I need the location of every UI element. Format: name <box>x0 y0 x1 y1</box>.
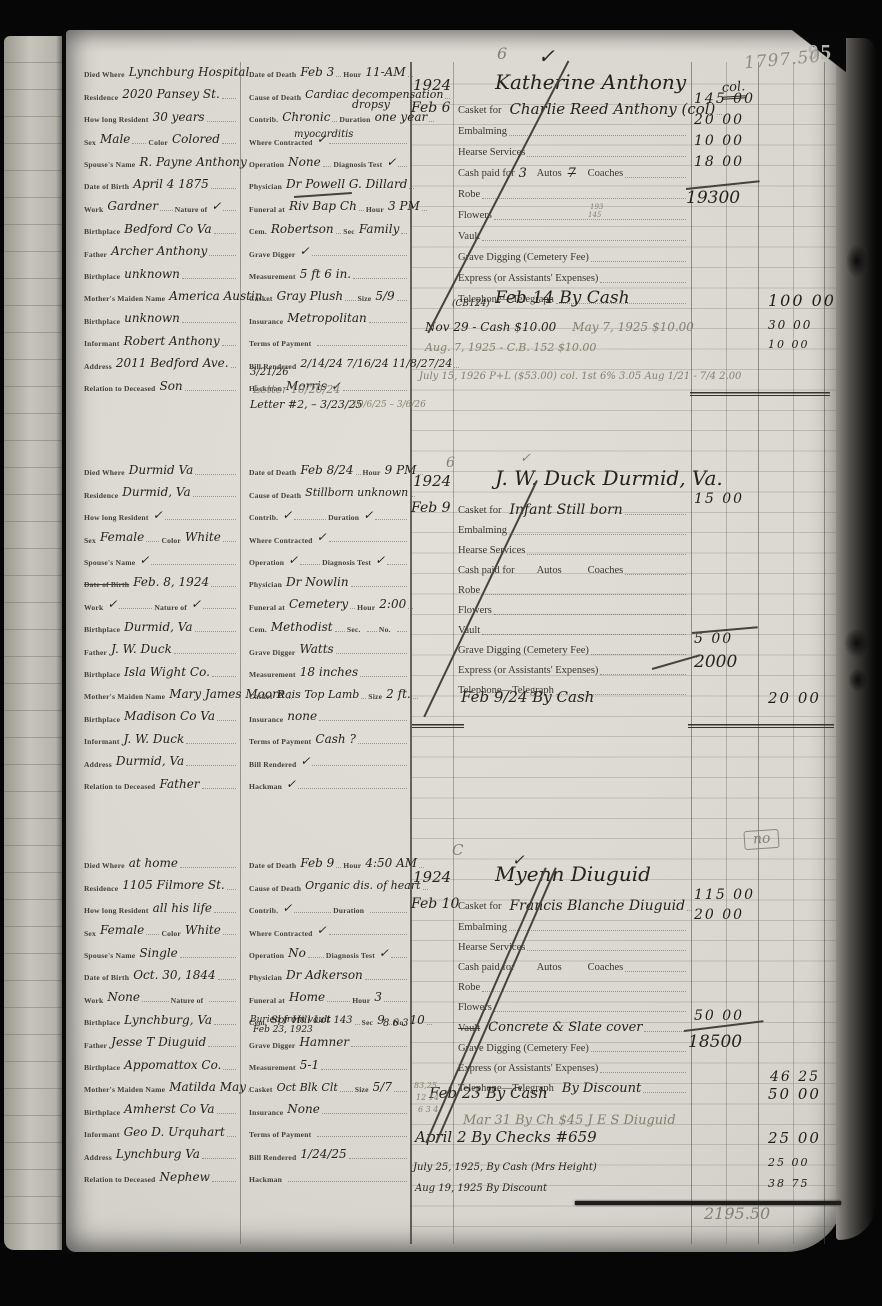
dotted-leader-line <box>222 97 236 99</box>
form-field-label: Date of Birth <box>84 581 129 589</box>
form-field-label: Cem. <box>249 228 267 236</box>
dotted-leader-line <box>329 142 407 144</box>
form-field-value: ✓ <box>386 156 396 168</box>
form-field-label: Size <box>368 693 382 701</box>
ledger-item-label: Robe <box>458 585 480 597</box>
form-row: Measurement5-1 <box>249 1055 409 1072</box>
handwritten-annotation: 3/21/26 <box>250 368 289 378</box>
form-field-value: Durmid, Va <box>116 755 184 767</box>
form-field-label: Nature of <box>175 206 208 214</box>
form-field-label: Address <box>84 1154 112 1162</box>
dotted-leader-line <box>361 697 366 699</box>
form-field-value: Matilda May <box>169 1081 246 1093</box>
previous-page-sliver <box>4 36 62 1250</box>
dotted-leader-line <box>336 232 342 234</box>
dotted-leader-line <box>160 209 173 211</box>
form-field-value: 10 <box>410 1014 425 1026</box>
form-field-value: Feb 9 <box>300 857 334 869</box>
dotted-leader-line <box>165 518 236 520</box>
form-field-value: Organic dis. of heart <box>305 880 420 891</box>
dotted-leader-line <box>298 787 407 789</box>
form-row: Birthplaceunknown <box>84 308 238 325</box>
dotted-leader-line <box>394 1090 407 1092</box>
dotted-leader-line <box>527 155 686 157</box>
dotted-leader-line <box>509 929 686 931</box>
form-field-label: Color <box>161 930 181 938</box>
form-field-label: Died Where <box>84 469 125 477</box>
handwritten-annotation: 6 <box>446 456 455 470</box>
form-field-label: Sec. <box>347 626 361 634</box>
account-entry-date: Feb 10 <box>411 897 459 911</box>
form-field-value: None <box>288 156 321 168</box>
form-field-label: Operation <box>249 559 284 567</box>
form-field-label: Hour <box>357 604 375 612</box>
form-field-label: Grave Digger <box>249 1042 295 1050</box>
dotted-leader-line <box>327 1000 350 1002</box>
dotted-leader-line <box>591 653 686 655</box>
dotted-leader-line <box>214 1023 236 1025</box>
dotted-leader-line <box>336 75 341 77</box>
form-field-label: Hackman <box>249 783 282 791</box>
form-field-label: Color <box>148 139 168 147</box>
form-row: Funeral atCemeteryHour2:00 <box>249 594 409 611</box>
form-row: Measurement18 inches <box>249 662 409 679</box>
form-field-label: Size <box>358 295 372 303</box>
form-field-label: Sec <box>362 1019 374 1027</box>
form-row: Cause of DeathStillborn unknown <box>249 482 409 499</box>
form-field-value: White <box>185 924 221 936</box>
form-field-label: Sex <box>84 139 96 147</box>
dotted-leader-line <box>365 978 407 980</box>
form-field-label: Hour <box>343 862 361 870</box>
dotted-leader-line <box>370 911 407 913</box>
form-field-value: Durmid Va <box>129 464 194 476</box>
form-row: SexFemaleColorWhite <box>84 527 238 544</box>
form-field-label: Died Where <box>84 71 125 79</box>
coaches-label: Coaches <box>588 565 624 577</box>
form-row: Terms of Payment <box>249 1122 409 1139</box>
handwritten-annotation: 6 3 4 <box>418 1106 438 1114</box>
form-field-label: Died Where <box>84 862 125 870</box>
payment-entry: Aug. 7, 1925 - C.B. 152 $10.00 <box>425 338 596 356</box>
form-field-value: Male <box>100 133 130 145</box>
ledger-item-row: Vault <box>458 622 688 637</box>
form-field-value: Oct Blk Clt <box>277 1082 338 1093</box>
ledger-item-row: Casket forCharlie Reed Anthony (col) <box>458 102 688 117</box>
form-row: BirthplaceDurmid, Va <box>84 617 238 634</box>
form-field-value: ✓ <box>317 531 327 543</box>
ledger-item-row: Express (or Assistants' Expenses) <box>458 662 688 677</box>
form-field-value: Lynchburg Hospital <box>129 66 250 78</box>
dotted-leader-line <box>227 888 236 890</box>
form-field-value: Metropolitan <box>287 312 366 324</box>
form-field-label: Date of Death <box>249 862 296 870</box>
form-row: Terms of Payment <box>249 331 409 348</box>
dotted-leader-line <box>345 299 355 301</box>
dotted-leader-line <box>527 949 686 951</box>
form-row: Died WhereLynchburg Hospital <box>84 62 238 79</box>
form-field-label: Relation to Deceased <box>84 783 155 791</box>
form-field-value: Jesse T Diuguid <box>111 1036 206 1048</box>
handwritten-annotation: ✓ <box>538 46 555 66</box>
payment-amount: 50 00 <box>768 1085 821 1103</box>
form-field-label: Spouse's Name <box>84 559 135 567</box>
ledger-item-amount: 50 00 <box>694 1008 744 1024</box>
ledger-item-label: Casket for <box>458 505 501 517</box>
form-field-label: Operation <box>249 161 284 169</box>
autos-count: 3 <box>519 167 533 180</box>
ledger-item-label: Embalming <box>458 922 507 934</box>
payment-text: Aug. 7, 1925 - C.B. 152 $10.00 <box>425 341 596 354</box>
payment-amount: 38 75 <box>768 1177 810 1190</box>
form-row: Funeral atRiv Bap ChHour3 PM <box>249 196 409 213</box>
ledger-item-label: Express (or Assistants' Expenses) <box>458 1063 598 1075</box>
dotted-leader-line <box>351 1045 407 1047</box>
form-field-value: Chronic <box>282 111 330 123</box>
dotted-leader-line <box>367 630 377 632</box>
form-row: Residence1105 Filmore St. <box>84 875 238 892</box>
money-col-rule-5 <box>824 62 825 1244</box>
form-field-value: ✓ <box>139 554 149 566</box>
dotted-leader-line <box>186 764 236 766</box>
form-field-label: Residence <box>84 94 118 102</box>
ledger-item-label: Cash paid for <box>458 565 515 577</box>
form-field-value: Feb 3 <box>300 66 334 78</box>
dotted-leader-line <box>397 299 407 301</box>
form-field-label: Spouse's Name <box>84 161 135 169</box>
form-field-label: No. <box>379 626 391 634</box>
fore-edge-mark <box>848 668 868 692</box>
dotted-leader-line <box>527 553 686 555</box>
form-field-label: Nature of <box>171 997 204 1005</box>
form-field-value: Robertson <box>271 223 334 235</box>
form-field-value: Methodist <box>271 621 333 633</box>
handwritten-annotation: Feb 23, 1923 <box>253 1026 313 1035</box>
dotted-leader-line <box>482 633 686 635</box>
dotted-leader-line <box>591 260 686 262</box>
form-field-value: ✓ <box>191 598 201 610</box>
form-field-label: How long Resident <box>84 514 149 522</box>
form-field-value: Lynchburg Va <box>116 1148 200 1160</box>
form-row: BirthplaceLynchburg, Va <box>84 1010 238 1027</box>
form-field-label: Measurement <box>249 671 296 679</box>
dotted-leader-line <box>349 1157 407 1159</box>
ledger-item-amount: 10 00 <box>694 133 744 149</box>
form-field-label: Work <box>84 997 103 1005</box>
form-field-label: Birthplace <box>84 1064 120 1072</box>
form-field-label: Terms of Payment <box>249 340 311 348</box>
ledger-item-row: Cash paid for3Autos7Coaches <box>458 165 688 180</box>
ledger-item-row: Robe <box>458 186 688 201</box>
dotted-leader-line <box>422 209 427 211</box>
fore-edge-mark <box>846 244 868 278</box>
form-field-label: Date of Death <box>249 469 296 477</box>
ledger-item-row: Embalming <box>458 918 688 933</box>
form-field-label: Grave Digger <box>249 649 295 657</box>
form-row: Died Whereat home <box>84 853 238 870</box>
form-field-label: Work <box>84 206 103 214</box>
dotted-leader-line <box>180 956 236 958</box>
form-row: SexFemaleColorWhite <box>84 920 238 937</box>
form-row: CasketOct Blk CltSize5/7 <box>249 1077 409 1094</box>
dotted-leader-line <box>218 978 236 980</box>
form-field-label: Work <box>84 604 103 612</box>
dotted-leader-line <box>227 1135 236 1137</box>
dotted-leader-line <box>202 787 236 789</box>
ledger-item-row: Vault <box>458 228 688 243</box>
form-field-label: Size <box>355 1086 369 1094</box>
form-field-value: Lynchburg, Va <box>124 1014 212 1026</box>
form-row: How long Resident✓ <box>84 505 238 522</box>
form-field-value: Colored <box>172 133 220 145</box>
form-row: Residence2020 Pansey St. <box>84 84 238 101</box>
form-field-value: White <box>185 531 221 543</box>
form-row: AddressLynchburg Va <box>84 1144 238 1161</box>
payment-entry: July 25, 1925, By Cash (Mrs Height) <box>413 1157 597 1175</box>
dotted-leader-line <box>643 1091 686 1093</box>
dotted-leader-line <box>174 652 236 654</box>
form-row: BirthplaceAmherst Co Va <box>84 1099 238 1116</box>
form-field-label: Insurance <box>249 716 283 724</box>
form-field-label: Casket <box>249 693 273 701</box>
form-row: Date of BirthOct. 30, 1844 <box>84 965 238 982</box>
form-row: Where Contracted✓ <box>249 920 409 937</box>
form-field-label: Spouse's Name <box>84 952 135 960</box>
form-row: Spouse's NameR. Payne Anthony <box>84 152 238 169</box>
dotted-leader-line <box>182 321 236 323</box>
form-row: Address2011 Bedford Ave. <box>84 353 238 370</box>
payment-text: July 25, 1925, By Cash (Mrs Height) <box>413 1162 597 1173</box>
dotted-leader-line <box>360 675 407 677</box>
ledger-item-amount: 18 00 <box>694 154 744 170</box>
ink-stroke <box>690 392 830 396</box>
form-field-label: Color <box>161 537 181 545</box>
dotted-leader-line <box>332 120 337 122</box>
form-field-value: Amherst Co Va <box>124 1103 214 1115</box>
account-year: 1924 <box>413 870 451 885</box>
form-field-value: Dr Adkerson <box>286 969 363 981</box>
dotted-leader-line <box>427 1023 432 1025</box>
form-field-label: Cause of Death <box>249 492 301 500</box>
form-row: Date of DeathFeb 3Hour11-AM <box>249 62 409 79</box>
form-row: How long Resident30 years <box>84 107 238 124</box>
dotted-leader-line <box>222 344 236 346</box>
dotted-leader-line <box>294 911 331 913</box>
form-row: FatherJesse T Diuguid <box>84 1032 238 1049</box>
ink-stroke <box>688 724 834 728</box>
form-field-value: Single <box>139 947 177 959</box>
form-field-label: Birthplace <box>84 626 120 634</box>
form-row: OperationNoDiagnosis Test✓ <box>249 943 409 960</box>
dotted-leader-line <box>343 389 407 391</box>
form-field-label: Sex <box>84 537 96 545</box>
dotted-leader-line <box>409 187 414 189</box>
ledger-item-row: Casket forFrancis Blanche Diuguid <box>458 898 688 913</box>
form-field-value: ✓ <box>379 947 389 959</box>
dotted-leader-line <box>119 607 152 609</box>
dotted-leader-line <box>350 607 355 609</box>
ledger-item-written-value: Concrete & Slate cover <box>488 1021 642 1034</box>
dotted-leader-line <box>308 956 324 958</box>
form-field-label: How long Resident <box>84 116 149 124</box>
form-row: CasketGray PlushSize5/9 <box>249 286 409 303</box>
form-field-label: Birthplace <box>84 1019 120 1027</box>
form-field-label: Funeral at <box>249 206 285 214</box>
form-row: Date of BirthFeb. 8, 1924 <box>84 572 238 589</box>
form-field-label: Contrib. <box>249 907 278 915</box>
money-col-rule-1 <box>691 62 692 1244</box>
dotted-leader-line <box>211 187 236 189</box>
form-row: ResidenceDurmid, Va <box>84 482 238 499</box>
form-field-value: none <box>287 710 317 722</box>
form-field-label: Cause of Death <box>249 94 301 102</box>
dotted-leader-line <box>356 473 361 475</box>
dotted-leader-line <box>322 1112 407 1114</box>
dotted-leader-line <box>600 281 686 283</box>
form-row: Died WhereDurmid Va <box>84 460 238 477</box>
form-field-value: Rais Top Lamb <box>277 689 360 700</box>
dotted-leader-line <box>410 495 415 497</box>
form-field-value: 5/7 <box>373 1081 392 1093</box>
form-field-value: 4:50 AM <box>365 857 417 869</box>
form-field-label: Hour <box>352 997 370 1005</box>
form-field-label: Cem. <box>249 626 267 634</box>
payment-entry: Feb 14 By Cash <box>495 290 630 308</box>
form-field-value: No <box>288 947 306 959</box>
ledger-item-row: Embalming <box>458 522 688 537</box>
form-row: OperationNoneDiagnosis Test✓ <box>249 152 409 169</box>
form-field-label: Diagnosis Test <box>333 161 382 169</box>
autos-label: Autos <box>537 565 562 577</box>
ledger-item-row: Embalming <box>458 123 688 138</box>
form-field-value: Watts <box>299 643 333 655</box>
dotted-leader-line <box>351 585 407 587</box>
payment-amount: 25 00 <box>768 1156 810 1169</box>
ledger-item-label: Casket for <box>458 105 501 117</box>
dotted-leader-line <box>509 533 686 535</box>
form-row: WorkGardnerNature of✓ <box>84 196 238 213</box>
form-field-label: Mother's Maiden Name <box>84 1086 165 1094</box>
handwritten-annotation: 6 <box>497 46 507 62</box>
form-field-label: Measurement <box>249 1064 296 1072</box>
form-field-value: ✓ <box>153 509 163 521</box>
handwritten-annotation: 145 <box>588 212 601 219</box>
form-field-value: Family <box>359 223 400 235</box>
dotted-leader-line <box>644 1030 686 1032</box>
form-field-label: Contrib. <box>249 116 278 124</box>
payment-amount: 25 00 <box>768 1129 821 1147</box>
form-field-value: Oct. 30, 1844 <box>133 969 215 981</box>
account-entry-date: Feb 9 <box>411 501 451 515</box>
dotted-leader-line <box>212 1180 236 1182</box>
form-field-value: Durmid, Va <box>124 621 192 633</box>
payment-entry: Aug 19, 1925 By Discount <box>415 1178 547 1196</box>
dotted-leader-line <box>369 321 407 323</box>
form-row: How long Residentall his life <box>84 898 238 915</box>
form-row: Operation✓Diagnosis Test✓ <box>249 550 409 567</box>
dotted-leader-line <box>340 1090 353 1092</box>
handwritten-annotation: Buried from vault <box>250 1016 331 1025</box>
dotted-leader-line <box>591 1050 686 1052</box>
dotted-leader-line <box>391 956 407 958</box>
form-row: InsuranceNone <box>249 1099 409 1116</box>
form-field-value: Geo D. Urquhart <box>124 1126 225 1138</box>
form-field-label: Residence <box>84 885 118 893</box>
form-field-label: Address <box>84 761 112 769</box>
form-field-label: Terms of Payment <box>249 738 311 746</box>
dotted-leader-line <box>212 675 236 677</box>
payment-text-2: May 7, 1925 $10.00 <box>572 320 694 334</box>
ledger-item-label: Embalming <box>458 525 507 537</box>
form-field-label: Relation to Deceased <box>84 1176 155 1184</box>
form-row: Hackman✓ <box>249 774 409 791</box>
form-row: Cem.RobertsonSecFamily <box>249 219 409 236</box>
ledger-item-amount: 145 00 <box>694 91 755 107</box>
form-field-value: Gray Plush <box>277 290 344 302</box>
dotted-leader-line <box>398 165 407 167</box>
form-field-value: J. W. Duck <box>124 733 185 745</box>
dotted-leader-line <box>146 540 159 542</box>
dotted-leader-line <box>397 630 407 632</box>
dotted-leader-line <box>209 1000 236 1002</box>
ink-stroke <box>575 1201 841 1205</box>
form-field-label: Nature of <box>154 604 187 612</box>
dotted-leader-line <box>625 513 686 515</box>
ledger-item-amount: 115 00 <box>694 887 755 903</box>
handwritten-annotation: 2195.50 <box>704 1206 770 1222</box>
dotted-leader-line <box>182 277 236 279</box>
form-field-value: Appomattox Co. <box>124 1059 221 1071</box>
form-row: FatherJ. W. Duck <box>84 639 238 656</box>
dotted-leader-line <box>408 607 413 609</box>
form-field-value: Cash ? <box>315 733 355 745</box>
dotted-leader-line <box>401 232 407 234</box>
dotted-leader-line <box>208 1045 236 1047</box>
form-field-label: Contrib. <box>249 514 278 522</box>
form-row: Contrib.✓Duration <box>249 898 409 915</box>
form-row: Mother's Maiden NameMary James Moore <box>84 684 238 701</box>
form-field-label: Duration <box>339 116 370 124</box>
dotted-leader-line <box>336 652 407 654</box>
ledger-item-row: Hearse Services <box>458 144 688 159</box>
form-field-label: Informant <box>84 1131 120 1139</box>
form-field-value: unknown <box>124 268 180 280</box>
ledger-item-row: VaultConcrete & Slate cover <box>458 1019 688 1034</box>
form-field-value: None <box>107 991 140 1003</box>
handwritten-annotation: Letter #2, – 3/23/25 <box>250 399 363 410</box>
form-field-value: 11-AM <box>365 66 405 78</box>
ledger-item-row: Express (or Assistants' Expenses) <box>458 1060 688 1075</box>
form-row: Spouse's NameSingle <box>84 943 238 960</box>
dotted-leader-line <box>312 254 407 256</box>
ledger-item-label: Cash paid for <box>458 962 515 974</box>
form-field-label: Birthplace <box>84 273 120 281</box>
form-row: Spouse's Name✓ <box>84 550 238 567</box>
form-field-value: ✓ <box>363 509 373 521</box>
form-field-value: 5 ft 6 in. <box>300 268 351 280</box>
dotted-leader-line <box>195 630 236 632</box>
ledger-item-row: Express (or Assistants' Expenses) <box>458 270 688 285</box>
form-field-label: Relation to Deceased <box>84 385 155 393</box>
handwritten-annotation: 83,25 <box>414 1082 437 1090</box>
form-row: BirthplaceIsla Wight Co. <box>84 662 238 679</box>
form-row: SexMaleColorColored <box>84 129 238 146</box>
ledger-item-written-value: Infant Still born <box>509 503 622 517</box>
form-field-value: 30 years <box>153 111 205 123</box>
form-field-value: 2 ft. <box>386 688 411 700</box>
form-field-value: Stillborn unknown <box>305 487 408 498</box>
money-col-rule-3 <box>758 62 759 1244</box>
